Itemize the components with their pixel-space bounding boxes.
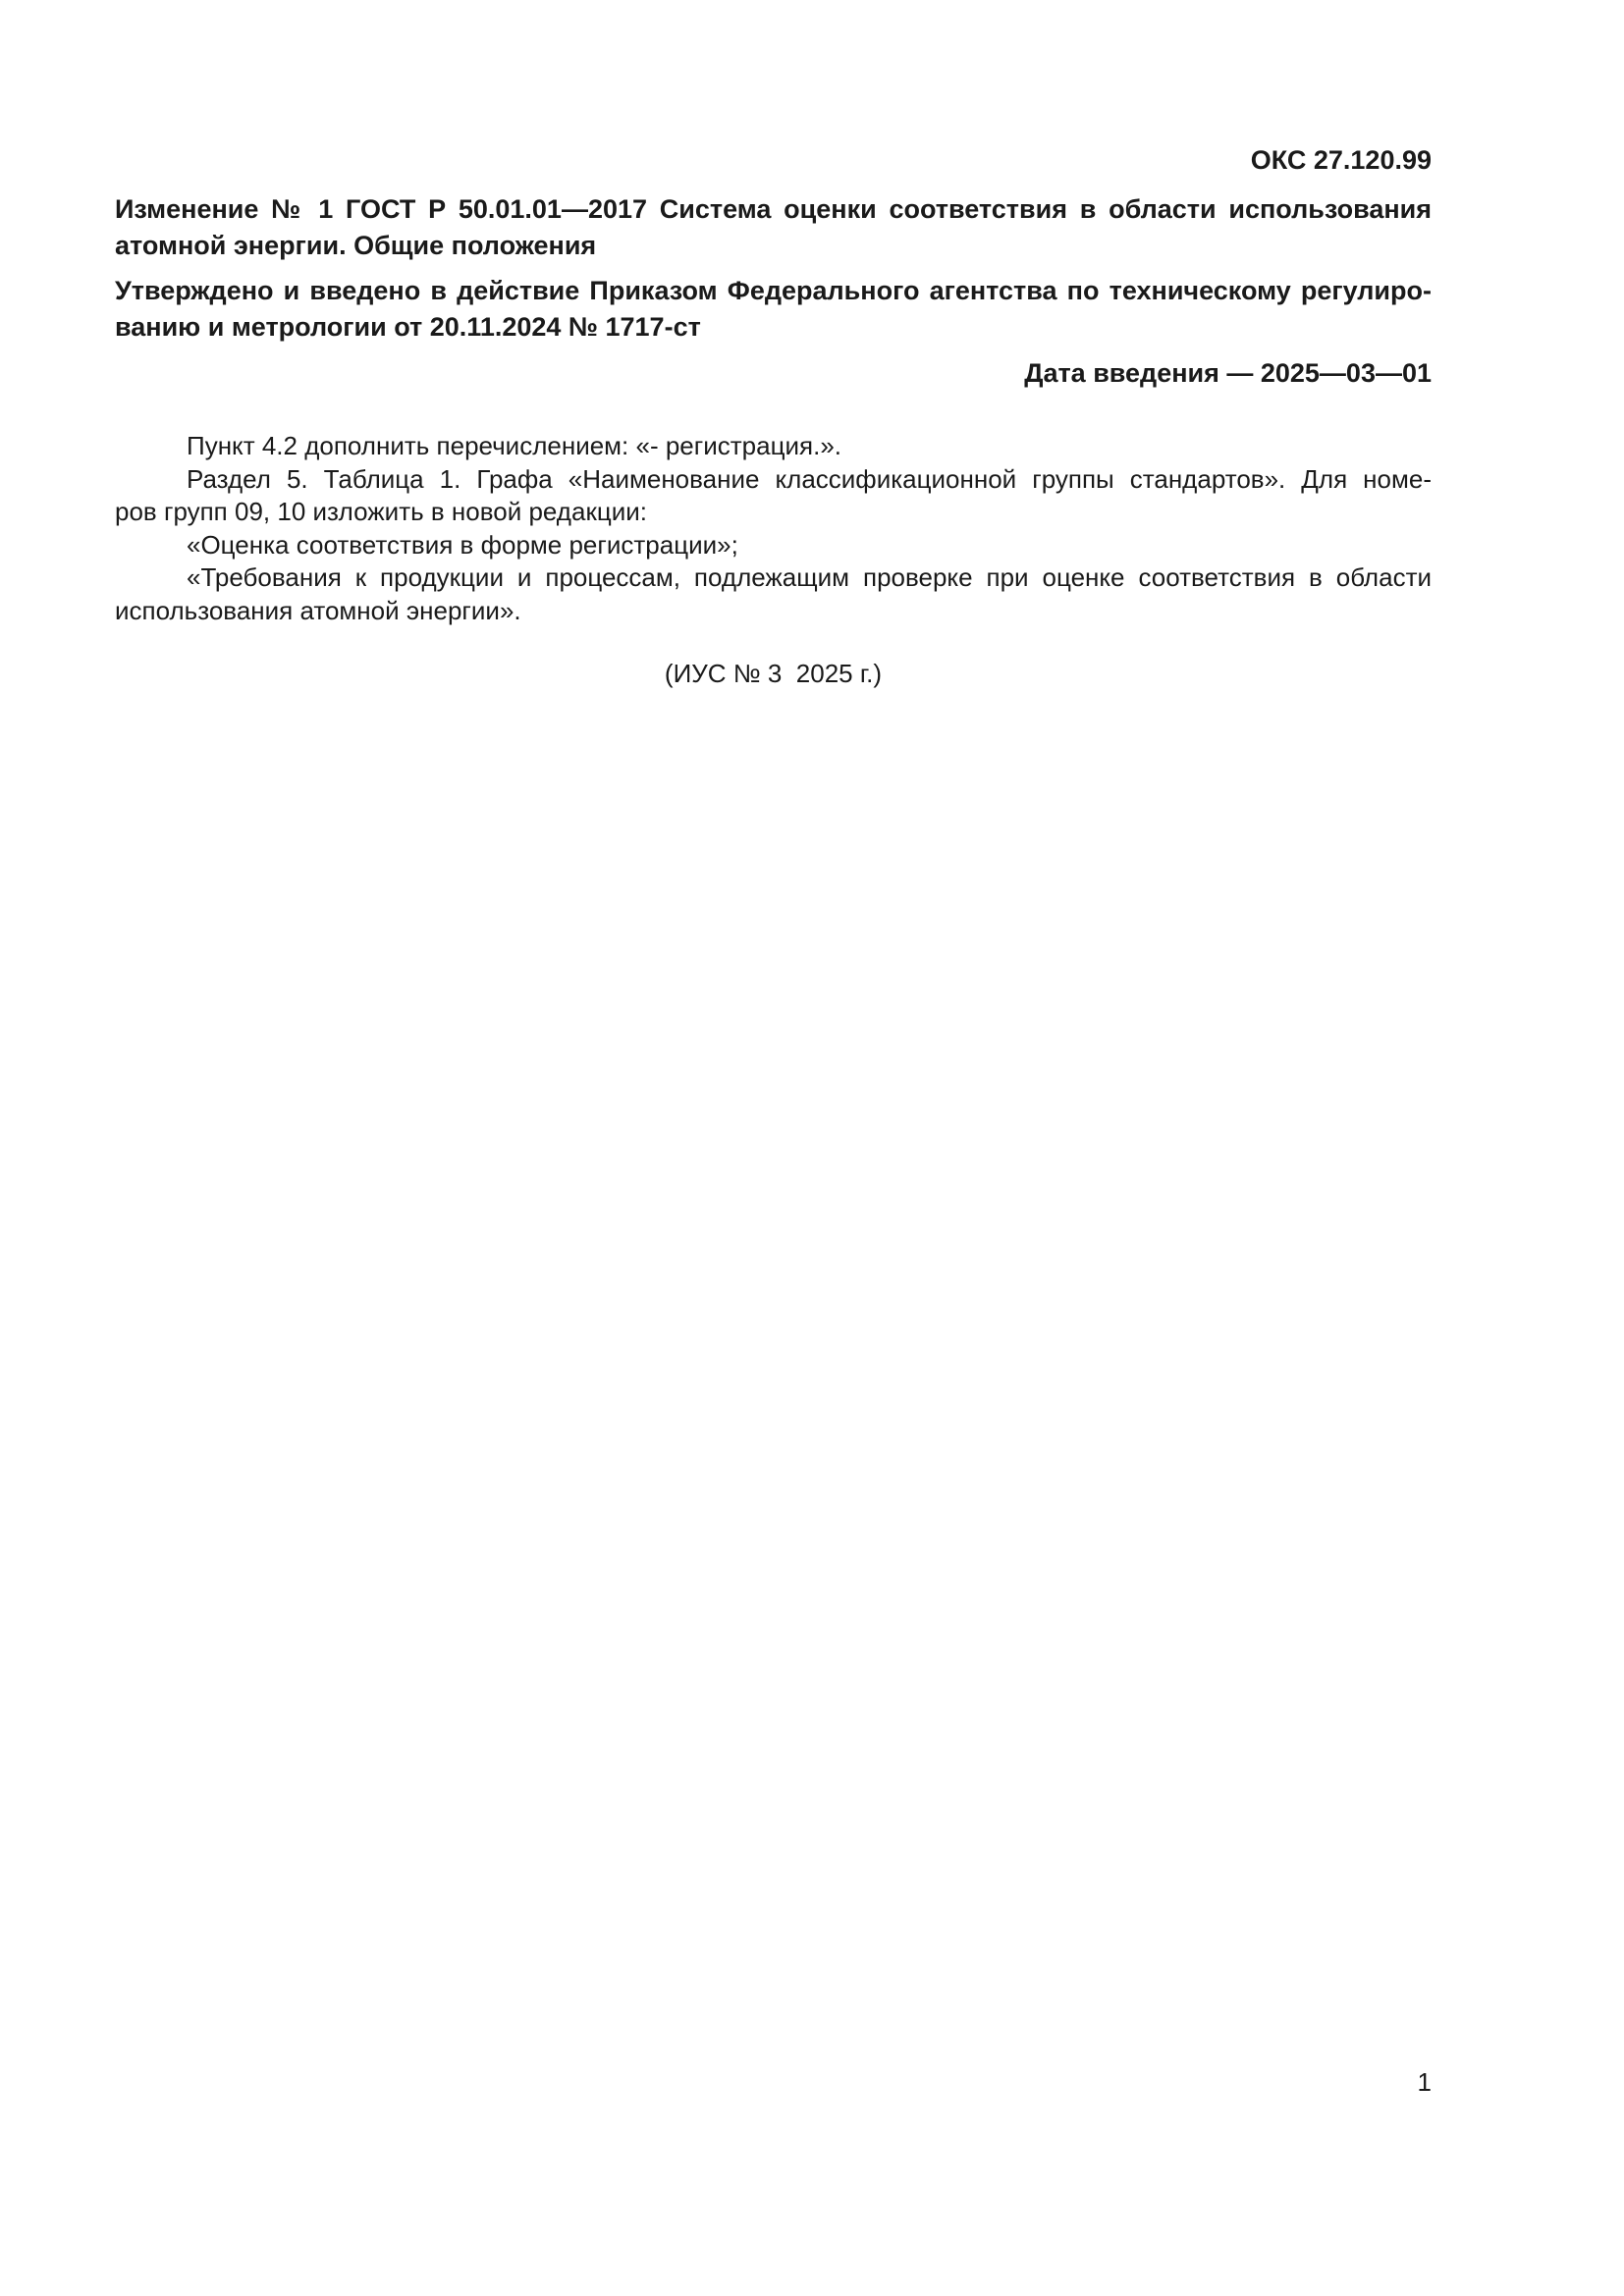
document-title: Изменение № 1 ГОСТ Р 50.01.01—2017 Систе… [115,191,1432,264]
document-title-line1: Изменение № 1 ГОСТ Р 50.01.01—2017 Систе… [115,191,1432,228]
amendment-quote-requirements-line1: «Требования к продукции и процессам, под… [115,561,1432,595]
approval-statement-line1: Утверждено и введено в действие Приказом… [115,273,1432,309]
amendment-body: Пункт 4.2 дополнить перечислением: «- ре… [115,430,1432,627]
amendment-paragraph-section5-line2: ров групп 09, 10 изложить в новой редакц… [115,496,1432,529]
amendment-quote-requirements-line2: использования атомной энергии». [115,595,1432,628]
amendment-paragraph-item-4-2: Пункт 4.2 дополнить перечислением: «- ре… [115,430,1432,463]
page-number: 1 [115,2066,1432,2100]
approval-statement-line2: ванию и метрологии от 20.11.2024 № 1717-… [115,309,1432,346]
document-title-line2: атомной энергии. Общие положения [115,228,1432,264]
approval-statement: Утверждено и введено в действие Приказом… [115,273,1432,346]
amendment-paragraph-section5-line1: Раздел 5. Таблица 1. Графа «Наименование… [115,463,1432,497]
document-page: ОКС 27.120.99 Изменение № 1 ГОСТ Р 50.01… [0,0,1624,2296]
ius-reference: (ИУС № 3 2025 г.) [115,658,1432,691]
amendment-quote-registration: «Оценка соответствия в форме регистрации… [115,529,1432,562]
effective-date: Дата введения — 2025—03—01 [115,355,1432,392]
oks-classification-code: ОКС 27.120.99 [115,142,1432,179]
